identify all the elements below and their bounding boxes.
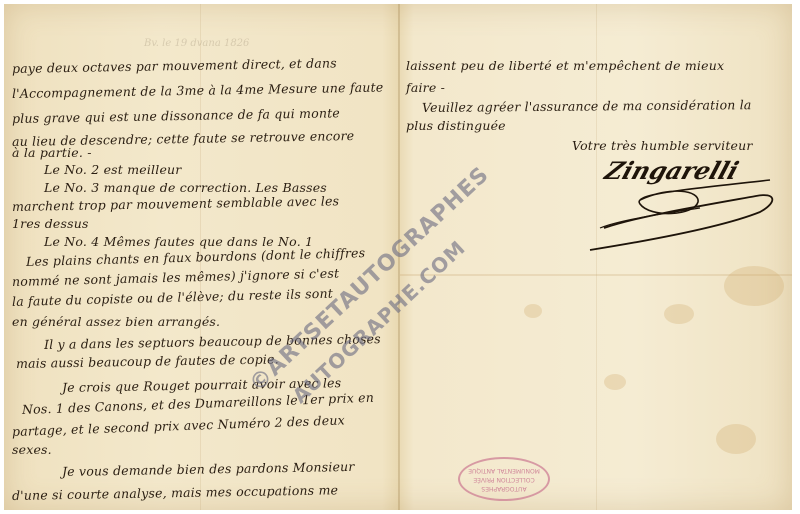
letter-line: en général assez bien arrangés. — [12, 314, 220, 329]
letter-line: d'une si courte analyse, mais mes occupa… — [12, 482, 338, 503]
letter-line: Veuillez agréer l'assurance de ma consid… — [422, 97, 752, 115]
letter-line: la faute du copiste ou de l'élève; du re… — [12, 286, 333, 309]
letter-line: plus distinguée — [406, 118, 506, 133]
stamp-line-3: MONUMENTAL ANTIQUE — [460, 466, 548, 475]
letter-line: Le No. 3 manque de correction. Les Basse… — [44, 180, 327, 195]
letter-line: partage, et le second prix avec Numéro 2… — [12, 412, 345, 439]
letter-line: 1res dessus — [12, 216, 89, 231]
letter-sheet: Bv. le 19 dvana 1826 paye deux octaves p… — [4, 4, 792, 510]
letter-line: faire - — [406, 80, 445, 95]
signature-flourish — [580, 176, 780, 256]
letter-line: plus grave qui est une dissonance de fa … — [12, 105, 340, 126]
letter-line: l'Accompagnement de la 3me à la 4me Mesu… — [12, 80, 384, 101]
faint-header: Bv. le 19 dvana 1826 — [144, 38, 249, 49]
closing-line: Votre très humble serviteur — [572, 138, 753, 153]
stamp-line-1: AUTOGRAPHES — [460, 484, 548, 493]
letter-line: nommé ne sont jamais les mêmes) j'ignore… — [12, 265, 340, 289]
letter-line: Le No. 2 est meilleur — [44, 162, 181, 177]
collector-stamp: AUTOGRAPHES COLLECTION PRIVÉE MONUMENTAL… — [458, 457, 550, 501]
letter-line: mais aussi beaucoup de fautes de copie. — [16, 351, 279, 371]
letter-line: marchent trop par mouvement semblable av… — [12, 193, 339, 214]
letter-line: paye deux octaves par mouvement direct, … — [12, 55, 337, 76]
letter-line: Je vous demande bien des pardons Monsieu… — [62, 459, 355, 479]
letter-line: sexes. — [12, 442, 52, 457]
stamp-line-2: COLLECTION PRIVÉE — [460, 475, 548, 484]
letter-line: laissent peu de liberté et m'empêchent d… — [406, 58, 724, 73]
left-page: Bv. le 19 dvana 1826 paye deux octaves p… — [4, 4, 398, 510]
letter-line: à la partie. - — [12, 145, 92, 160]
